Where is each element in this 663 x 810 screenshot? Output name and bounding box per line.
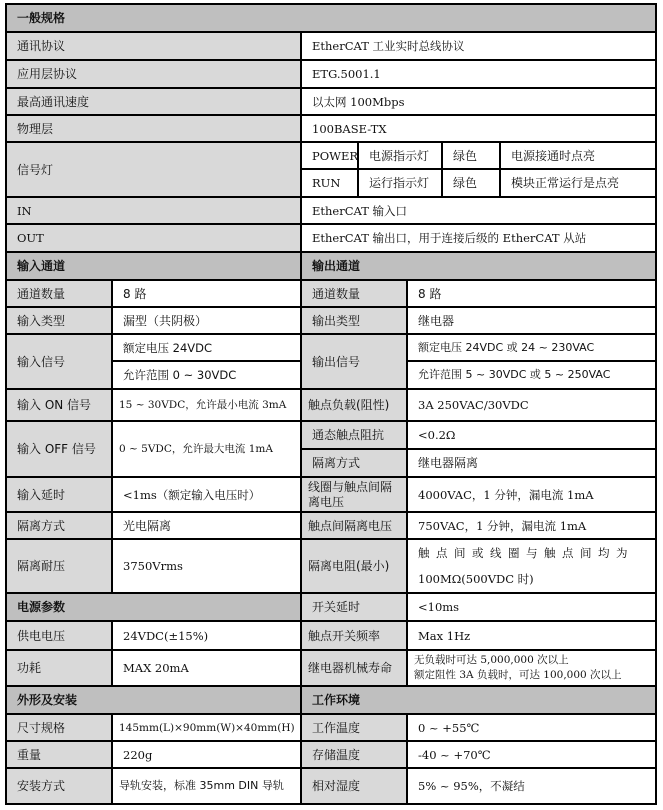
relay-life-line-2: 额定阻性 3A 负载时，可达 100,000 次以上 (414, 668, 622, 683)
led-power-name: POWER (302, 143, 357, 168)
spec-table: 一般规格 通讯协议 EtherCAT 工业实时总线协议 应用层协议 ETG.50… (5, 3, 657, 805)
label-port-in: IN (7, 198, 300, 223)
label-install: 安装方式 (7, 769, 111, 803)
label-speed: 最高通讯速度 (7, 89, 300, 114)
value-contact-isolation: 750VAC，1 分钟，漏电流 1mA (408, 513, 655, 538)
section-header-output: 输出通道 (302, 253, 655, 279)
label-weight: 重量 (7, 742, 111, 767)
label-input-channels: 通道数量 (7, 281, 111, 306)
value-input-channels: 8 路 (113, 281, 300, 306)
label-input-type: 输入类型 (7, 308, 111, 333)
value-output-isolation: 继电器隔离 (408, 450, 655, 476)
label-size: 尺寸规格 (7, 715, 111, 740)
label-switch-delay: 开关延时 (302, 594, 406, 620)
label-contact-isolation: 触点间隔离电压 (302, 513, 406, 538)
led-run-desc: 运行指示灯 (359, 170, 441, 196)
label-input-signal: 输入信号 (7, 335, 111, 388)
label-relay-life: 继电器机械寿命 (302, 651, 406, 685)
value-input-withstand: 3750Vrms (113, 540, 300, 592)
value-output-range: 允许范围 5 ~ 30VDC 或 5 ~ 250VAC (408, 362, 655, 388)
label-output-isolation: 隔离方式 (302, 450, 406, 476)
label-power-consumption: 功耗 (7, 651, 111, 685)
value-input-delay: <1ms（额定输入电压时） (113, 478, 300, 511)
value-output-type: 继电器 (408, 308, 655, 333)
label-insulation-resistance: 隔离电阻(最小) (302, 540, 406, 592)
section-header-mounting: 外形及安装 (7, 687, 300, 713)
value-protocol: EtherCAT 工业实时总线协议 (302, 33, 655, 59)
insulation-line-2: 100MΩ(500VDC 时) (418, 566, 534, 592)
value-supply-voltage: 24VDC(±15%) (113, 622, 300, 649)
value-storage-temp: -40 ~ +70℃ (408, 742, 655, 767)
value-install: 导轨安装，标准 35mm DIN 导轨 (113, 769, 300, 803)
value-size: 145mm(L)×90mm(W)×40mm(H) (113, 715, 300, 740)
led-run-meaning: 模块正常运行是点亮 (501, 170, 655, 196)
label-input-off: 输入 OFF 信号 (7, 422, 111, 476)
led-power-desc: 电源指示灯 (359, 143, 441, 168)
label-op-temp: 工作温度 (302, 715, 406, 740)
label-switch-frequency: 触点开关频率 (302, 622, 406, 649)
value-switch-delay: <10ms (408, 594, 655, 620)
value-humidity: 5% ~ 95%，不凝结 (408, 769, 655, 803)
value-input-rated: 额定电压 24VDC (113, 335, 300, 360)
value-weight: 220g (113, 742, 300, 767)
value-port-in: EtherCAT 输入口 (302, 198, 655, 223)
value-physical: 100BASE-TX (302, 116, 655, 141)
section-header-environment: 工作环境 (302, 687, 655, 713)
label-physical: 物理层 (7, 116, 300, 141)
label-storage-temp: 存储温度 (302, 742, 406, 767)
section-header-power: 电源参数 (7, 594, 300, 620)
value-on-resistance: <0.2Ω (408, 422, 655, 448)
value-switch-frequency: Max 1Hz (408, 622, 655, 649)
label-output-channels: 通道数量 (302, 281, 406, 306)
section-header-input: 输入通道 (7, 253, 300, 279)
value-app-protocol: ETG.5001.1 (302, 61, 655, 87)
label-protocol: 通讯协议 (7, 33, 300, 59)
label-output-type: 输出类型 (302, 308, 406, 333)
value-input-off: 0 ~ 5VDC，允许最大电流 1mA (113, 422, 300, 476)
value-coil-isolation: 4000VAC，1 分钟，漏电流 1mA (408, 478, 655, 511)
label-port-out: OUT (7, 225, 300, 251)
value-input-isolation: 光电隔离 (113, 513, 300, 538)
label-output-signal: 输出信号 (302, 335, 406, 388)
value-output-rated: 额定电压 24VDC 或 24 ~ 230VAC (408, 335, 655, 360)
label-humidity: 相对湿度 (302, 769, 406, 803)
led-power-meaning: 电源接通时点亮 (501, 143, 655, 168)
label-input-delay: 输入延时 (7, 478, 111, 511)
value-output-channels: 8 路 (408, 281, 655, 306)
value-input-range: 允许范围 0 ~ 30VDC (113, 362, 300, 388)
value-port-out: EtherCAT 输出口，用于连接后级的 EtherCAT 从站 (302, 225, 655, 251)
led-run-color: 绿色 (443, 170, 499, 196)
label-contact-load: 触点负载(阻性) (302, 390, 406, 420)
label-input-withstand: 隔离耐压 (7, 540, 111, 592)
label-app-protocol: 应用层协议 (7, 61, 300, 87)
label-on-resistance: 通态触点阻抗 (302, 422, 406, 448)
led-power-color: 绿色 (443, 143, 499, 168)
label-supply-voltage: 供电电压 (7, 622, 111, 649)
value-contact-load: 3A 250VAC/30VDC (408, 390, 655, 420)
label-input-isolation: 隔离方式 (7, 513, 111, 538)
value-power-consumption: MAX 20mA (113, 651, 300, 685)
value-speed: 以太网 100Mbps (302, 89, 655, 114)
label-input-on: 输入 ON 信号 (7, 390, 111, 420)
insulation-line-1: 触点间或线圈与触点间均为 (418, 540, 634, 566)
relay-life-line-1: 无负载时可达 5,000,000 次以上 (414, 653, 569, 668)
label-coil-isolation: 线圈与触点间隔离电压 (302, 478, 406, 511)
value-input-type: 漏型（共阴极） (113, 308, 300, 333)
value-op-temp: 0 ~ +55℃ (408, 715, 655, 740)
led-run-name: RUN (302, 170, 357, 196)
value-relay-life: 无负载时可达 5,000,000 次以上 额定阻性 3A 负载时，可达 100,… (408, 651, 655, 685)
label-signal-lights: 信号灯 (7, 143, 300, 196)
value-insulation-resistance: 触点间或线圈与触点间均为 100MΩ(500VDC 时) (408, 540, 655, 592)
section-header-general: 一般规格 (7, 5, 655, 31)
value-input-on: 15 ~ 30VDC，允许最小电流 3mA (113, 390, 300, 420)
